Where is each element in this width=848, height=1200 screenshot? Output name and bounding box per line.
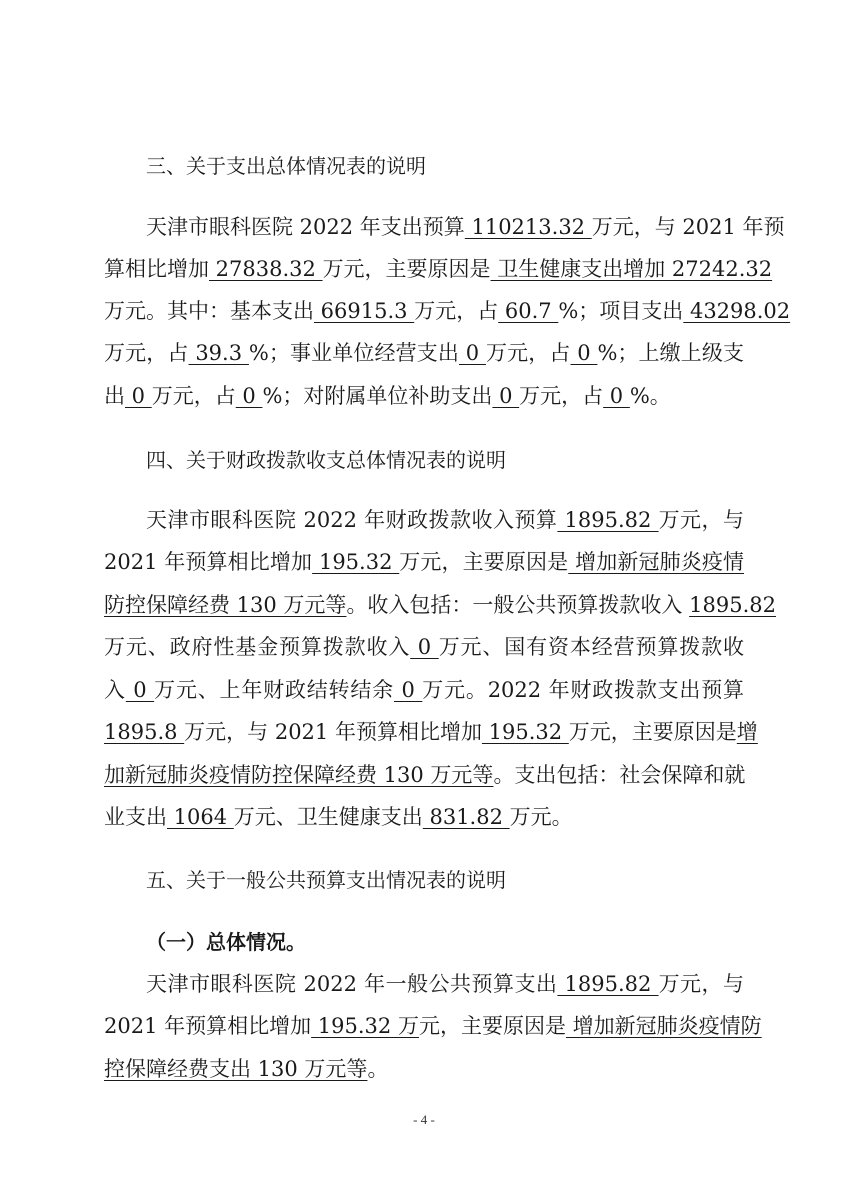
underlined-field: 卫生健康支出增加 27242.32 — [491, 257, 773, 281]
text-run: 万元。 — [510, 805, 573, 829]
section4-paragraph-line: 入 0 万元、上年财政结转结余 0 万元。2022 年财政拨款支出预算 — [104, 675, 744, 705]
text-run: 万元、国有资本经营预算拨款收 — [439, 635, 744, 659]
section5-paragraph-line: 2021 年预算相比增加 195.32 万元，主要原因是 增加新冠肺炎疫情防 — [104, 1011, 744, 1041]
underlined-field: 增 — [737, 720, 758, 744]
underlined-field: 增加新冠肺炎疫情防 — [566, 1014, 762, 1038]
section3-paragraph-line: 万元。其中：基本支出 66915.3 万元，占 60.7 %；项目支出 4329… — [104, 296, 744, 326]
text-run: 算相比增加 — [104, 257, 209, 281]
text-run: %。 — [630, 384, 671, 408]
text-run: 万元、政府性基金预算拨款收入 — [104, 635, 410, 659]
section3-paragraph-line: 出 0 万元，占 0 %；对附属单位补助支出 0 万元，占 0 %。 — [104, 381, 744, 411]
underlined-field: 110213.32 — [465, 215, 592, 239]
section3-paragraph-line: 天津市眼科医院 2022 年支出预算 110213.32 万元，与 2021 年… — [146, 212, 744, 242]
section3-paragraph-line: 算相比增加 27838.32 万元，主要原因是 卫生健康支出增加 27242.3… — [104, 254, 744, 284]
underlined-field: 43298.02 — [683, 299, 790, 323]
section4-paragraph-line: 业支出 1064 万元、卫生健康支出 831.82 万元。 — [104, 802, 744, 832]
text-run: 万元，主要原因是 — [399, 550, 568, 574]
text-run: %；事业单位经营支出 — [249, 341, 459, 365]
text-run: 天津市眼科医院 2022 年一般公共预算支出 — [146, 972, 557, 996]
text-run: 万元，占 — [486, 341, 571, 365]
text-run: %；项目支出 — [558, 299, 683, 323]
text-run: 万元、卫生健康支出 — [234, 805, 423, 829]
underlined-field: 1895.82 — [689, 593, 776, 617]
underlined-field: 27838.32 — [209, 257, 323, 281]
text-run: 万元，占 — [414, 299, 498, 323]
text-run: 万元，与 2021 年预算相比增加 — [184, 720, 482, 744]
underlined-field: 0 — [394, 678, 422, 702]
text-run: 万元，与 — [659, 972, 744, 996]
underlined-field: 0 — [126, 678, 154, 702]
underlined-field: 195.32 — [482, 720, 569, 744]
text-run: 万元，主要原因是 — [323, 257, 491, 281]
underlined-field: 0 — [125, 384, 152, 408]
underlined-field: 1895.82 — [557, 972, 658, 996]
underlined-field: 加新冠肺炎疫情防控保障经费 130 万元等 — [104, 763, 493, 787]
underlined-field: 0 — [603, 384, 630, 408]
underlined-field: 1895.82 — [557, 508, 658, 532]
text-run: 万元，与 — [659, 508, 744, 532]
section3-heading: 三、关于支出总体情况表的说明 — [146, 151, 426, 181]
underlined-field: 0 — [459, 341, 486, 365]
text-run: 天津市眼科医院 2022 年财政拨款收入预算 — [146, 508, 557, 532]
underlined-field: 195.32 万 — [311, 1014, 419, 1038]
page-number: - 4 - — [0, 1110, 848, 1130]
section4-paragraph-line: 天津市眼科医院 2022 年财政拨款收入预算 1895.82 万元，与 — [146, 505, 744, 535]
underlined-field: 1895.8 — [104, 720, 184, 744]
text-run: 入 — [104, 678, 126, 702]
text-run: 万元，与 2021 年预 — [592, 215, 785, 239]
text-run: 万元。2022 年财政拨款支出预算 — [422, 678, 744, 702]
underlined-field: 0 — [410, 635, 438, 659]
text-run: 出 — [104, 384, 125, 408]
underlined-field: 831.82 — [423, 805, 510, 829]
text-run: 万元、上年财政结转结余 — [154, 678, 394, 702]
text-run: 天津市眼科医院 2022 年支出预算 — [146, 215, 465, 239]
section5-paragraph-line: 天津市眼科医院 2022 年一般公共预算支出 1895.82 万元，与 — [146, 969, 744, 999]
underlined-field: 0 — [236, 384, 263, 408]
text-run: 元，主要原因是 — [419, 1014, 566, 1038]
section5-subheading: （一）总体情况。 — [146, 927, 306, 957]
text-run: 。收入包括：一般公共预算拨款收入 — [346, 593, 689, 617]
text-run: 万元，占 — [104, 341, 189, 365]
text-run: 万元。其中：基本支出 — [104, 299, 314, 323]
underlined-field: 1064 — [167, 805, 234, 829]
section4-heading: 四、关于财政拨款收支总体情况表的说明 — [146, 445, 506, 475]
section3-paragraph-line: 万元，占 39.3 %；事业单位经营支出 0 万元，占 0 %；上缴上级支 — [104, 338, 744, 368]
underlined-field: 防控保障经费 130 万元等 — [104, 593, 346, 617]
text-run: 。支出包括：社会保障和就 — [493, 763, 745, 787]
underlined-field: 66915.3 — [314, 299, 414, 323]
underlined-field: 增加新冠肺炎疫情 — [568, 550, 744, 574]
text-run: 万元，主要原因是 — [569, 720, 737, 744]
underlined-field: 195.32 — [312, 550, 399, 574]
section4-paragraph-line: 1895.8 万元，与 2021 年预算相比增加 195.32 万元，主要原因是… — [104, 717, 744, 747]
section5-paragraph-line: 控保障经费支出 130 万元等。 — [104, 1054, 744, 1084]
section4-paragraph-line: 防控保障经费 130 万元等。收入包括：一般公共预算拨款收入 1895.82 — [104, 590, 744, 620]
underlined-field: 0 — [570, 341, 597, 365]
section4-paragraph-line: 加新冠肺炎疫情防控保障经费 130 万元等。支出包括：社会保障和就 — [104, 760, 744, 790]
text-run: 。 — [367, 1057, 388, 1081]
section5-heading: 五、关于一般公共预算支出情况表的说明 — [146, 865, 506, 895]
section4-paragraph-line: 2021 年预算相比增加 195.32 万元，主要原因是 增加新冠肺炎疫情 — [104, 547, 744, 577]
text-run: 2021 年预算相比增加 — [104, 550, 312, 574]
underlined-field: 39.3 — [189, 341, 249, 365]
text-run: 万元，占 — [519, 384, 603, 408]
text-run: 万元，占 — [152, 384, 236, 408]
text-run: 业支出 — [104, 805, 167, 829]
text-run: %；上缴上级支 — [597, 341, 744, 365]
text-run: %；对附属单位补助支出 — [262, 384, 492, 408]
document-page: 三、关于支出总体情况表的说明 天津市眼科医院 2022 年支出预算 110213… — [104, 0, 744, 1200]
underlined-field: 0 — [492, 384, 519, 408]
underlined-field: 控保障经费支出 130 万元等 — [104, 1057, 367, 1081]
underlined-field: 60.7 — [498, 299, 558, 323]
text-run: 2021 年预算相比增加 — [104, 1014, 311, 1038]
section4-paragraph-line: 万元、政府性基金预算拨款收入 0 万元、国有资本经营预算拨款收 — [104, 632, 744, 662]
